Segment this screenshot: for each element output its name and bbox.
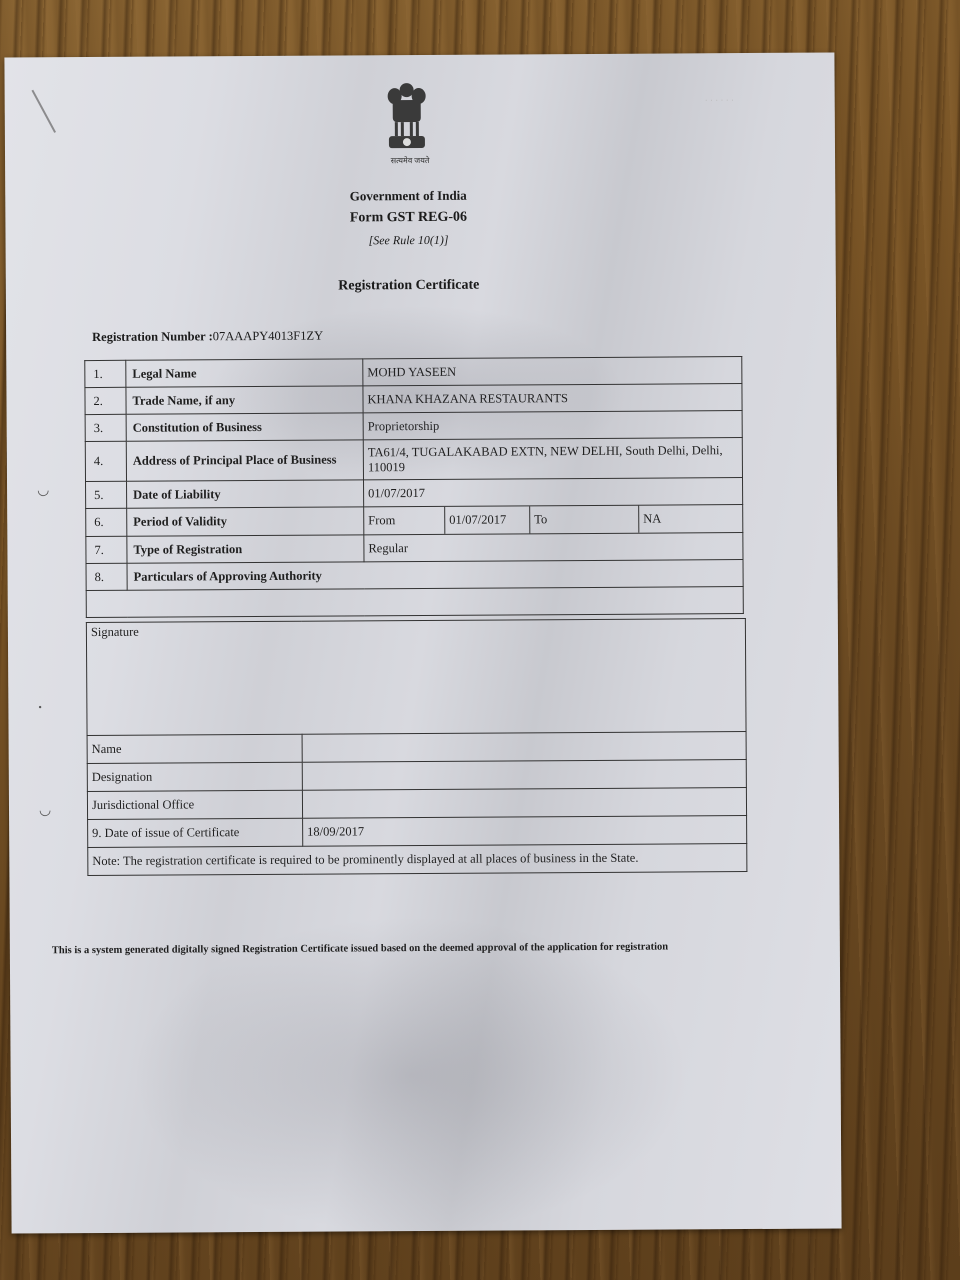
constitution-value: Proprietorship bbox=[363, 411, 742, 440]
hole-punch-mark: ◡ bbox=[37, 482, 49, 499]
government-heading: Government of India bbox=[5, 186, 811, 207]
pencil-mark bbox=[31, 90, 56, 133]
address-value: TA61/4, TUGALAKABAD EXTN, NEW DELHI, Sou… bbox=[363, 438, 742, 480]
row-number: 1. bbox=[85, 360, 126, 387]
trade-name-label: Trade Name, if any bbox=[126, 386, 363, 414]
certificate-paper: · · · · · · सत्यमेव जयते Government of I… bbox=[4, 52, 841, 1233]
to-date: NA bbox=[639, 505, 743, 533]
row-number: 4. bbox=[85, 441, 126, 481]
signature-label: Signature bbox=[86, 619, 746, 736]
table-row-empty bbox=[86, 587, 743, 618]
designation-label: Designation bbox=[87, 762, 302, 791]
signature-row: Signature bbox=[86, 619, 746, 736]
date-of-liability-label: Date of Liability bbox=[127, 480, 364, 508]
registration-type-value: Regular bbox=[364, 533, 743, 562]
officer-name-label: Name bbox=[87, 734, 302, 763]
row-number: 2. bbox=[85, 387, 126, 414]
hole-punch-mark: ◡ bbox=[39, 802, 51, 819]
empty-cell bbox=[86, 587, 743, 618]
jurisdictional-office-label: Jurisdictional Office bbox=[87, 790, 302, 819]
issue-date-value: 18/09/2017 bbox=[303, 816, 747, 847]
authority-table: Signature Name Designation Jurisdictiona… bbox=[86, 618, 748, 876]
registration-details-table: 1. Legal Name MOHD YASEEN 2. Trade Name,… bbox=[84, 356, 744, 618]
designation-value bbox=[302, 760, 746, 791]
hand-shadow bbox=[130, 913, 692, 1236]
approving-authority-label: Particulars of Approving Authority bbox=[127, 560, 743, 591]
table-row: Name bbox=[87, 732, 746, 764]
to-label: To bbox=[530, 506, 639, 534]
table-row: 2. Trade Name, if any KHANA KHAZANA REST… bbox=[85, 384, 742, 415]
table-row: 8. Particulars of Approving Authority bbox=[86, 560, 743, 591]
table-row: 5. Date of Liability 01/07/2017 bbox=[86, 478, 743, 509]
hole-punch-mark: • bbox=[38, 702, 42, 713]
registration-number-label: Registration Number : bbox=[92, 329, 213, 344]
constitution-label: Constitution of Business bbox=[126, 413, 363, 441]
row-number: 7. bbox=[86, 536, 127, 563]
national-emblem-icon bbox=[381, 80, 433, 158]
form-name: Form GST REG-06 bbox=[5, 208, 811, 229]
row-number: 8. bbox=[86, 563, 127, 590]
issue-date-label: 9. Date of issue of Certificate bbox=[88, 818, 303, 847]
row-number: 3. bbox=[85, 414, 126, 441]
display-note: Note: The registration certificate is re… bbox=[88, 844, 747, 876]
jurisdictional-office-value bbox=[302, 788, 746, 819]
certificate-title: Registration Certificate bbox=[6, 276, 812, 297]
table-row: 7. Type of Registration Regular bbox=[86, 533, 743, 564]
row-number: 5. bbox=[86, 481, 127, 508]
table-row: 9. Date of issue of Certificate 18/09/20… bbox=[88, 816, 747, 848]
table-row: 1. Legal Name MOHD YASEEN bbox=[85, 357, 742, 388]
validity-cell: From 01/07/2017 To NA bbox=[364, 505, 743, 535]
from-date: 01/07/2017 bbox=[445, 506, 530, 534]
faint-bleed-text: · · · · · · bbox=[705, 95, 734, 105]
table-row: Designation bbox=[87, 760, 746, 792]
table-row: 6. Period of Validity From 01/07/2017 To… bbox=[86, 505, 743, 537]
table-row: Jurisdictional Office bbox=[87, 788, 746, 820]
registration-type-label: Type of Registration bbox=[127, 535, 364, 563]
note-row: Note: The registration certificate is re… bbox=[88, 844, 747, 876]
table-row: 3. Constitution of Business Proprietorsh… bbox=[85, 411, 742, 442]
date-of-liability-value: 01/07/2017 bbox=[364, 478, 743, 507]
table-row: 4. Address of Principal Place of Busines… bbox=[85, 438, 742, 482]
system-generated-note: This is a system generated digitally sig… bbox=[52, 936, 752, 961]
legal-name-value: MOHD YASEEN bbox=[363, 357, 742, 386]
registration-number-value: 07AAAPY4013F1ZY bbox=[213, 329, 324, 344]
registration-number: Registration Number :07AAAPY4013F1ZY bbox=[92, 329, 323, 345]
period-of-validity-label: Period of Validity bbox=[127, 507, 364, 536]
row-number: 6. bbox=[86, 508, 127, 536]
emblem-motto: सत्यमेव जयते bbox=[365, 155, 455, 167]
from-label: From bbox=[364, 507, 445, 534]
address-label: Address of Principal Place of Business bbox=[126, 440, 363, 481]
trade-name-value: KHANA KHAZANA RESTAURANTS bbox=[363, 384, 742, 413]
officer-name-value bbox=[302, 732, 746, 763]
legal-name-label: Legal Name bbox=[126, 359, 363, 387]
rule-reference: [See Rule 10(1)] bbox=[6, 231, 812, 251]
